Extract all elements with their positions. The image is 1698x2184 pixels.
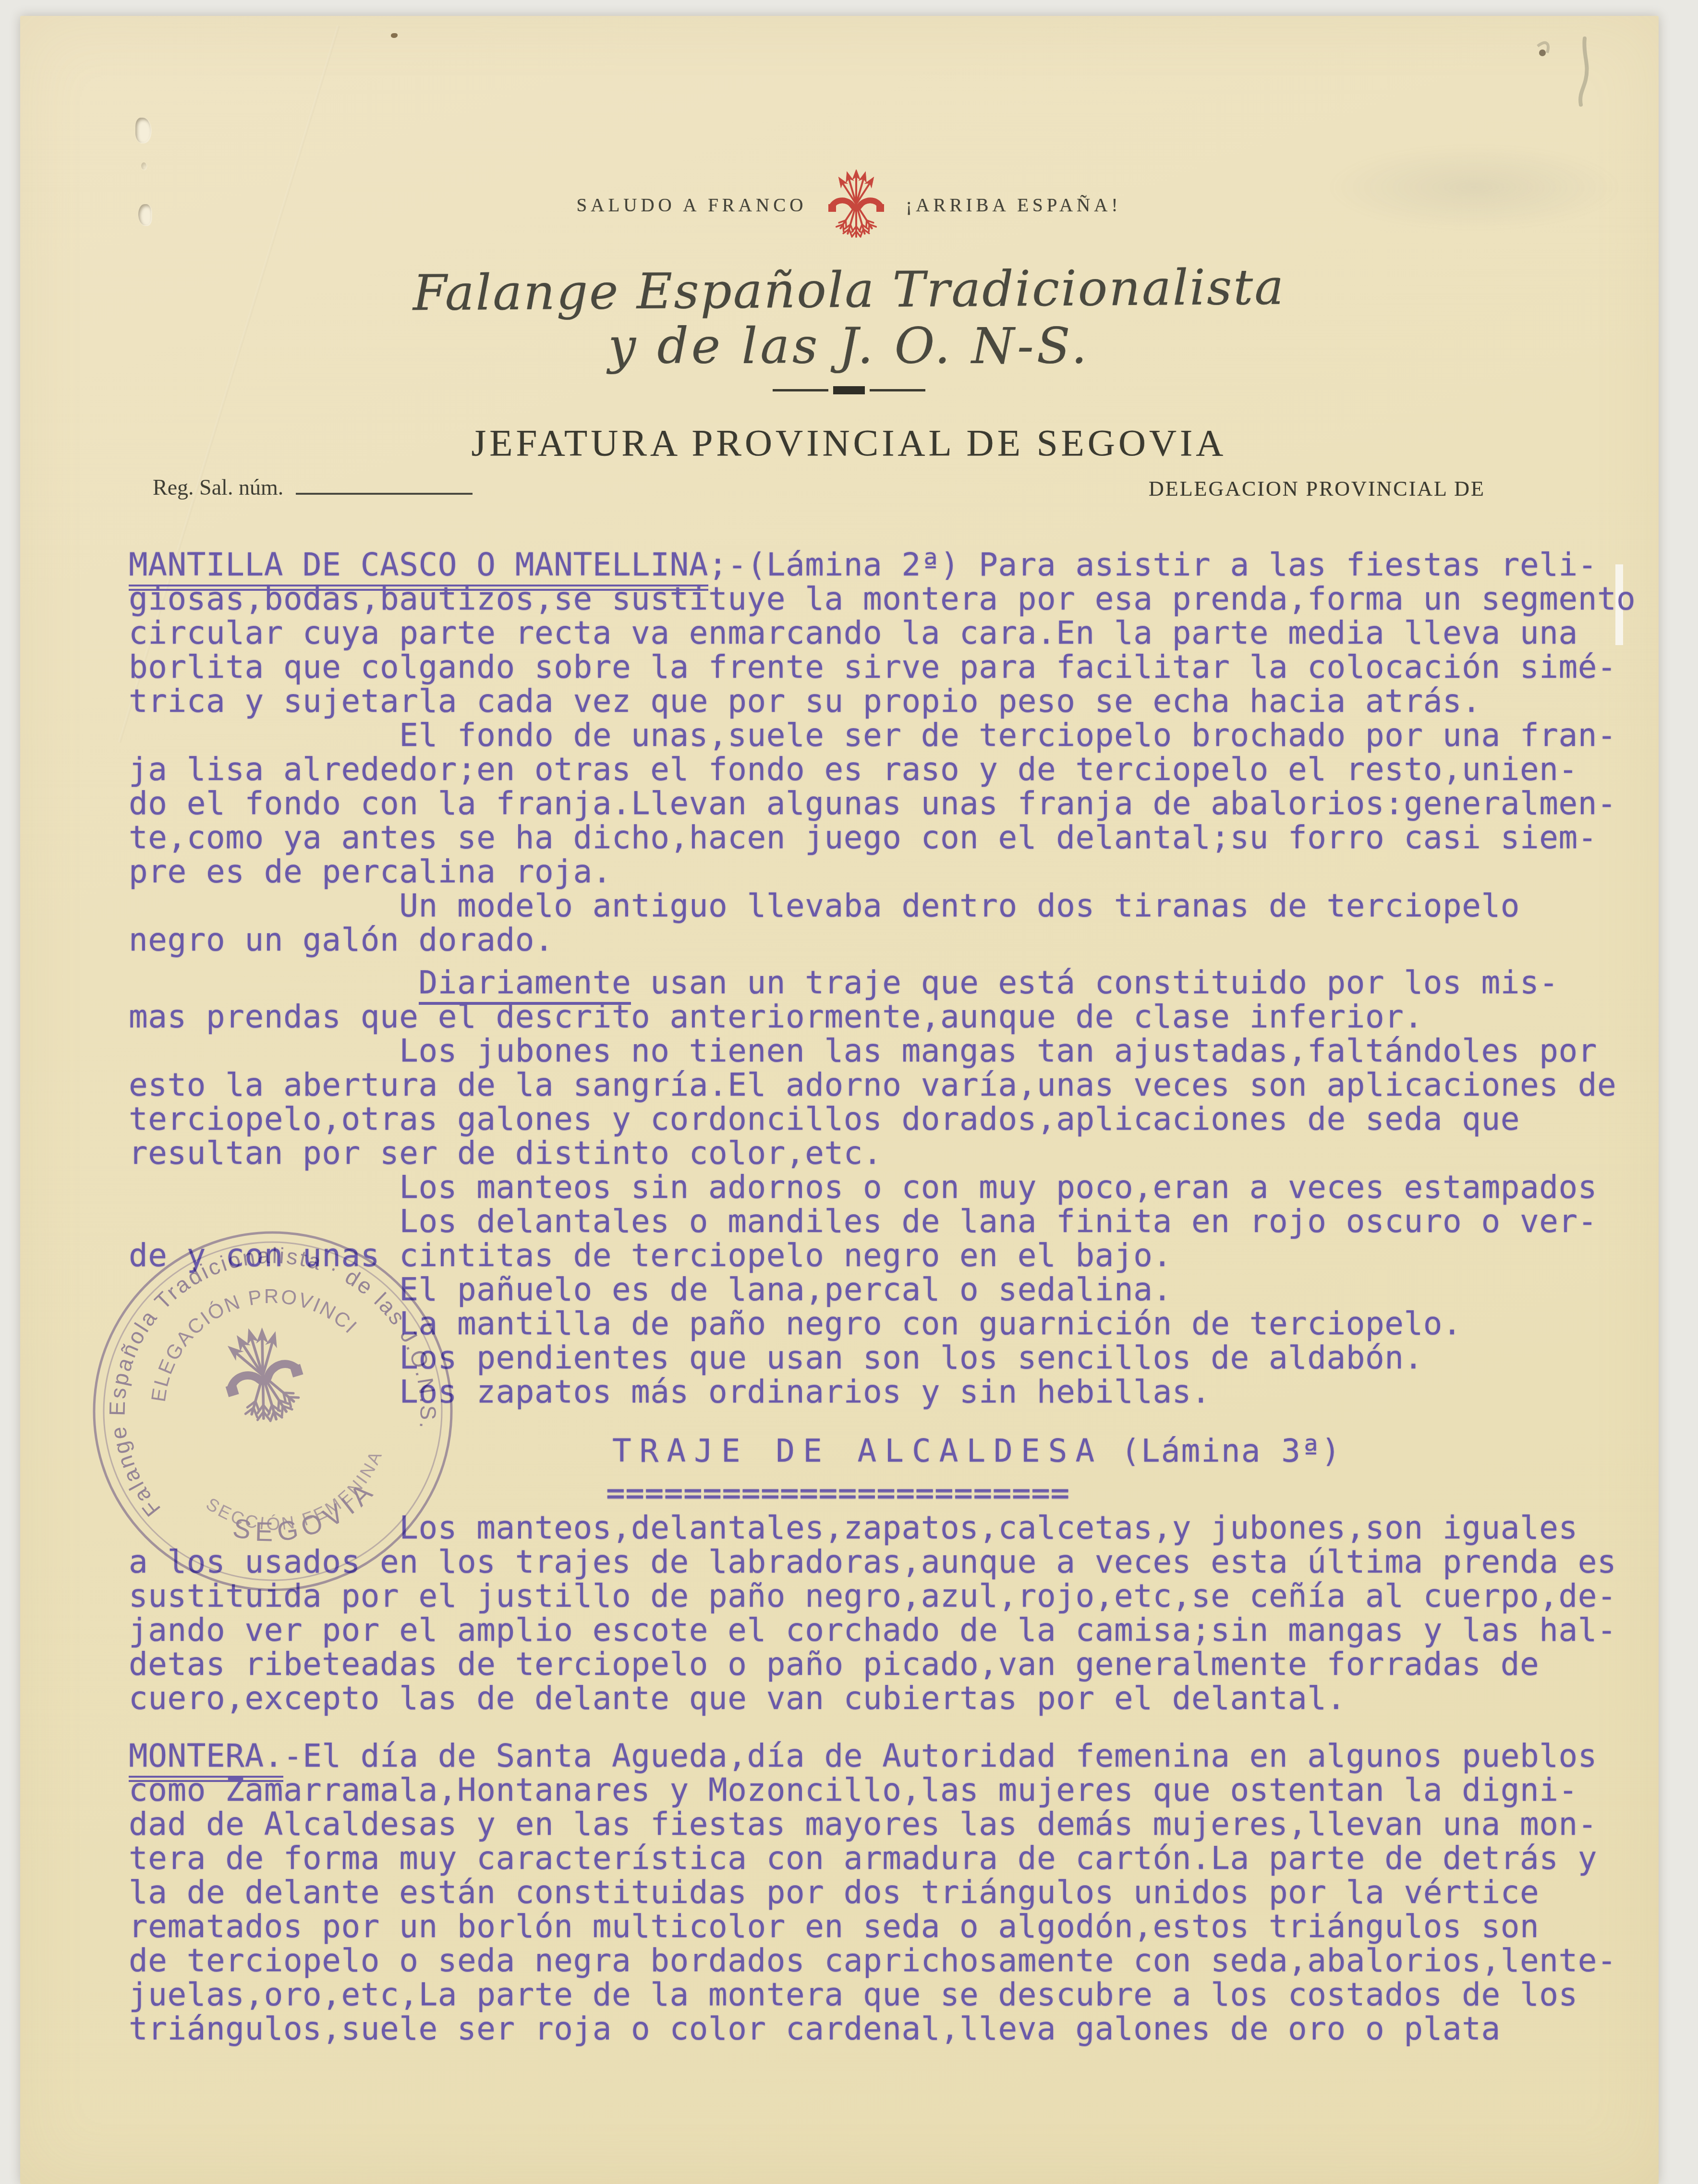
- paragraph-first-line: Diariamente usan un traje que está const…: [129, 965, 1680, 1000]
- punch-hole: [135, 118, 151, 143]
- reg-sal-row: Reg. Sal. núm.: [153, 475, 473, 500]
- falange-yoke-arrows-icon: [827, 170, 885, 242]
- salute-row: SALUDO A FRANCO: [0, 166, 1698, 245]
- paragraph-montera: MONTERA.-El día de Santa Agueda,día de A…: [129, 1739, 1680, 2046]
- stamp-yoke-arrows-icon: [211, 1318, 314, 1430]
- delegation-label: DELEGACION PROVINCIAL DE: [1149, 476, 1485, 501]
- heading-underline-rule: ========================: [606, 1476, 1374, 1510]
- paragraph-text: El fondo de unas,suele ser de terciopelo…: [129, 718, 1680, 957]
- section-heading-traje: TRAJE DE ALCALDESA(Lámina 3ª): [612, 1434, 1621, 1468]
- paragraph-text: giosas,bodas,bautizos,se sustituye la mo…: [129, 582, 1680, 718]
- page-title: JEFATURA PROVINCIAL DE SEGOVIA: [0, 422, 1698, 465]
- paragraph-text: como Zamarramala,Hontanares y Mozoncillo…: [129, 1773, 1680, 2046]
- paragraph-first-line: MANTILLA DE CASCO O MANTELLINA;-(Lámina …: [129, 548, 1680, 582]
- paragraph-first-line: MONTERA.-El día de Santa Agueda,día de A…: [129, 1739, 1680, 1773]
- indent: [129, 964, 419, 1001]
- arriba-text: ¡ARRIBA ESPAÑA!: [906, 195, 1121, 216]
- heading-text: TRAJE DE ALCALDESA: [612, 1432, 1103, 1469]
- ink-speck: [1539, 49, 1546, 56]
- reg-sal-blank-line: [296, 476, 473, 495]
- saludo-text: SALUDO A FRANCO: [577, 195, 807, 216]
- paragraph-fondo: El fondo de unas,suele ser de terciopelo…: [129, 718, 1680, 957]
- scanned-document: SALUDO A FRANCO: [0, 0, 1698, 2184]
- reg-sal-label: Reg. Sal. núm.: [153, 475, 283, 500]
- paragraph-mantilla: MANTILLA DE CASCO O MANTELLINA;-(Lámina …: [129, 548, 1680, 718]
- line-text: -El día de Santa Agueda,día de Autoridad…: [283, 1737, 1597, 1774]
- paper-speck: [391, 33, 398, 38]
- pencil-annotation: [1513, 23, 1623, 134]
- org-name-line2: y de las J. O. N-S.: [0, 318, 1698, 375]
- heading-lamina-ref: (Lámina 3ª): [1121, 1432, 1341, 1469]
- line-text: usan un traje que está constituido por l…: [631, 964, 1558, 1001]
- org-name-line1: Falange Española Tradicionalista: [0, 256, 1698, 325]
- header-divider: [0, 386, 1698, 394]
- line-text: ;-(Lámina 2ª) Para asistir a las fiestas…: [708, 546, 1597, 583]
